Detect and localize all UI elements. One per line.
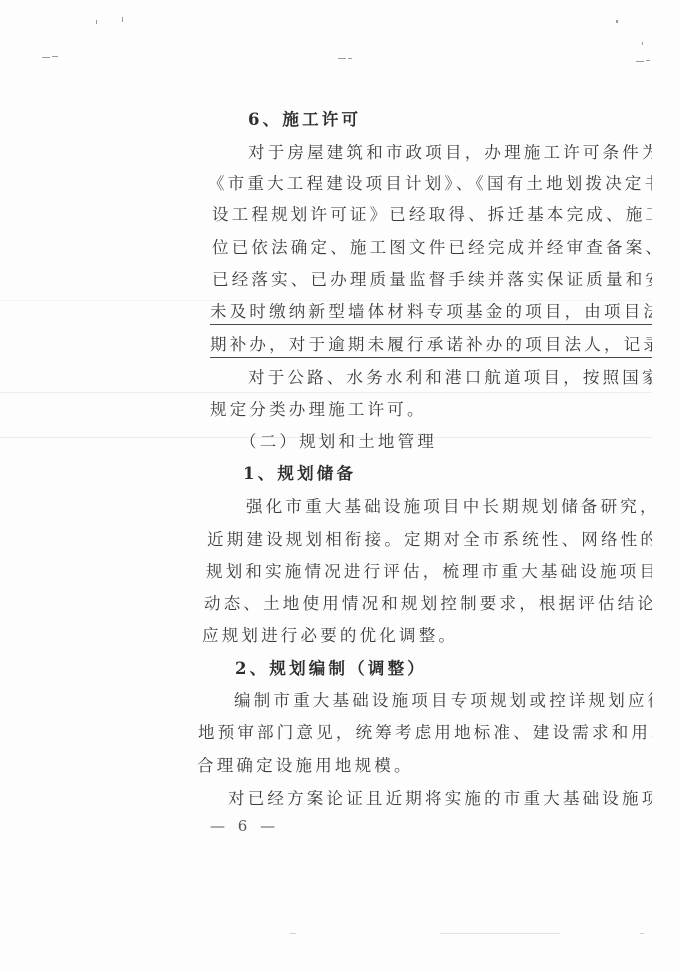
paragraph-line: 设工程规划许可证》已经取得、拆迁基本完成、施工和监理单: [212, 205, 680, 225]
scan-band: [0, 392, 680, 393]
paragraph-line: 近期建设规划相衔接。定期对全市系统性、网络性的基础设施: [207, 530, 680, 550]
page-number: — 6 —: [210, 817, 279, 835]
scan-speck: [642, 42, 643, 45]
paragraph-line: 位已依法确定、施工图文件已经完成并经审查备案、建设资金: [212, 238, 680, 258]
scan-speck: [338, 58, 346, 59]
section-heading-construction-permit: 6、施工许可: [248, 110, 361, 130]
page-crop-edge: [652, 0, 680, 972]
paragraph-line: 规划和实施情况进行评估，梳理市重大基础设施项目周边建设: [206, 562, 680, 582]
scan-speck: [122, 17, 123, 22]
subsection-heading-planning-reserve: 1、规划储备: [243, 464, 356, 484]
paragraph-line: 动态、土地使用情况和规划控制要求，根据评估结论及时对相: [204, 594, 680, 614]
paragraph-line: 应规划进行必要的优化调整。: [202, 626, 458, 646]
scan-band: [0, 300, 680, 301]
scan-speck: [96, 20, 97, 24]
paragraph-line: 对于房屋建筑和市政项目，办理施工许可条件为：已列入: [248, 143, 680, 163]
paragraph-line: 已经落实、已办理质量监督手续并落实保证质量和安全措施: [212, 270, 680, 290]
document-page: 6、施工许可 对于房屋建筑和市政项目，办理施工许可条件为：已列入 《市重大工程建…: [0, 0, 680, 972]
scan-speck: [616, 20, 618, 23]
underlined-paragraph-line: 未及时缴纳新型墙体材料专项基金的项目，由项目法人承诺限: [210, 302, 680, 325]
scan-speck: [636, 61, 644, 62]
underlined-paragraph-line: 期补办，对于逾期未履行承诺补办的项目法人，记录诚信档案: [210, 335, 680, 358]
scan-speck: [290, 933, 296, 934]
scan-speck: [646, 60, 650, 61]
paragraph-line: 地预审部门意见，统筹考虑用地标准、建设需求和用地条件，: [198, 723, 680, 743]
paragraph-line: 合理确定设施用地规模。: [197, 756, 414, 776]
scan-speck: [52, 56, 58, 57]
paragraph-line: 对于公路、水务水利和港口航道项目，按照国家相关部委: [248, 368, 680, 388]
scan-speck: [348, 58, 352, 59]
scan-speck: [440, 933, 560, 934]
scan-speck: [42, 57, 50, 58]
paragraph-line: 对已经方案论证且近期将实施的市重大基础设施项目，如: [228, 789, 680, 809]
subsection-heading-planning-compilation: 2、规划编制（调整）: [235, 659, 427, 679]
paragraph-line: 规定分类办理施工许可。: [210, 400, 427, 420]
scan-speck: [640, 933, 644, 934]
paragraph-line: 《市重大工程建设项目计划》、《国有土地划拨决定书》和《建: [208, 174, 680, 194]
paragraph-line: 强化市重大基础设施项目中长期规划储备研究，并与本市: [246, 497, 680, 517]
section-heading-planning-land: （二）规划和土地管理: [240, 432, 437, 452]
paragraph-line: 编制市重大基础设施项目专项规划或控详规划应征询用: [234, 691, 680, 711]
